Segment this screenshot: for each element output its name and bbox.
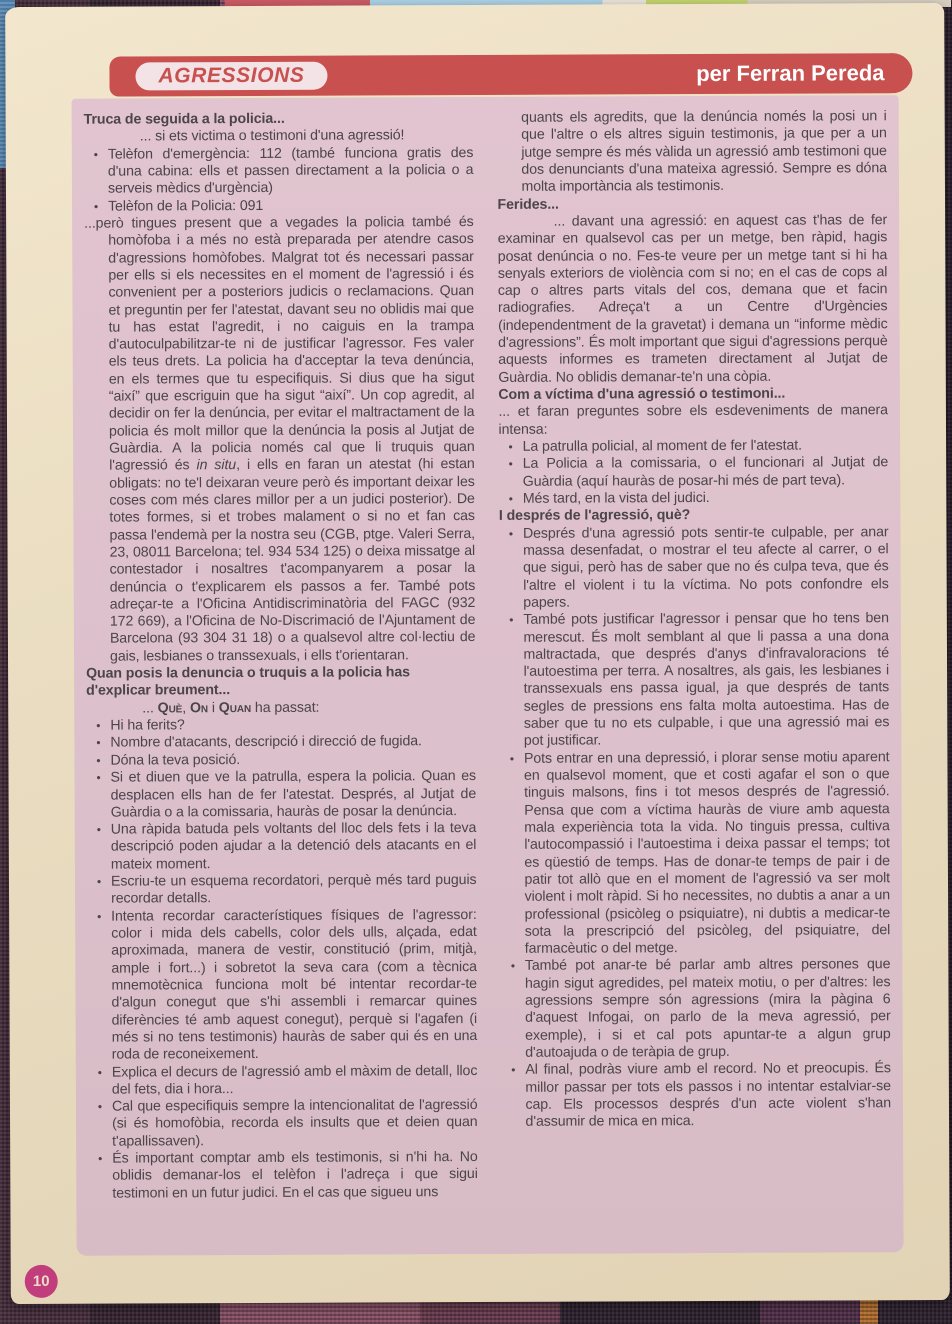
bullet-icon: • — [84, 146, 108, 198]
list-item-text: Hi ha ferits? — [110, 716, 476, 735]
article-panel: Truca de seguida a la policia... ... si … — [72, 95, 904, 1256]
bullet-icon: • — [87, 874, 111, 909]
what-where-when-line: ... Què, On i Quan ha passat: — [86, 699, 476, 718]
list-item-text: Després d'una agressió pots sentir-te cu… — [523, 524, 889, 612]
list-item-text: La Policia a la comissaria, o el funcion… — [523, 455, 889, 491]
list-item: • Dóna la teva posició. — [86, 751, 476, 770]
bullet-icon: • — [86, 735, 110, 752]
list-item: • Intenta recordar característiques físi… — [87, 907, 477, 1065]
heading-after-aggression: I després de l'agressió, què? — [499, 507, 889, 526]
list-item-text: Explica el decurs de l'agressió amb el m… — [112, 1063, 478, 1099]
smallcaps-where: On — [190, 700, 208, 716]
list-item-text: És important comptar amb els testimonis,… — [112, 1149, 478, 1203]
list-item-text: Al final, podràs viure amb el record. No… — [525, 1061, 891, 1132]
list-item-text: Una ràpida batuda pels voltants del lloc… — [111, 820, 477, 874]
list-item-text: Pots entrar en una depressió, i plorar s… — [524, 749, 890, 958]
bullet-icon: • — [87, 908, 112, 1064]
separator-text: , — [182, 700, 190, 716]
list-item: • Cal que especifiquis sempre la intenci… — [88, 1097, 478, 1151]
latin-phrase: in situ — [196, 457, 236, 473]
list-item-text: Telèfon d'emergència: 112 (també funcion… — [108, 145, 474, 199]
list-item-text: També pots justificar l'agressor i pensa… — [523, 610, 889, 750]
section-title: AGRESSIONS — [158, 64, 304, 89]
list-item: • Al final, podràs viure amb el record. … — [501, 1061, 891, 1132]
list-item: • Hi ha ferits? — [86, 716, 476, 735]
list-item: • La patrulla policial, al moment de fer… — [499, 437, 889, 456]
paragraph-questions-intro: ... et faran preguntes sobre els esdeven… — [498, 403, 888, 439]
list-item: • La Policia a la comissaria, o el funci… — [499, 455, 889, 491]
paragraph-medical-exam: ... davant una agressió: en aquest cas t… — [498, 212, 888, 387]
list-item-text: La patrulla policial, al moment de fer l… — [523, 437, 889, 456]
list-item-text: Telèfon de la Policia: 091 — [108, 197, 474, 216]
list-item: • És important comptar amb els testimoni… — [88, 1149, 478, 1203]
magazine-page: AGRESSIONS per Ferran Pereda Truca de se… — [5, 3, 950, 1304]
heading-call-police: Truca de seguida a la policia... — [84, 110, 474, 129]
list-item: • Telèfon d'emergència: 112 (també funci… — [84, 145, 474, 199]
list-item-text: Més tard, en la vista del judici. — [523, 489, 889, 508]
list-item-text: Cal que especifiquis sempre la intencion… — [112, 1097, 478, 1151]
left-column: Truca de seguida a la policia... ... si … — [84, 110, 478, 1246]
bullet-icon: • — [501, 958, 525, 1062]
bullet-icon: • — [499, 491, 523, 508]
list-item: • També pots justificar l'agressor i pen… — [499, 610, 889, 750]
paragraph-police-advice: ...però tingues present que a vegades la… — [84, 214, 475, 666]
lead-text: ... — [142, 700, 157, 716]
tail-text: ha passat: — [251, 699, 319, 715]
section-header-bar: AGRESSIONS per Ferran Pereda — [109, 53, 912, 97]
paragraph-text: , i ells en faran un atestat (hi estan o… — [109, 456, 475, 664]
list-item: • Escriu-te un esquema recordatori, perq… — [87, 872, 477, 908]
section-banner: AGRESSIONS — [135, 62, 327, 91]
bullet-icon: • — [88, 1099, 112, 1151]
page-number-badge: 10 — [25, 1265, 58, 1298]
bullet-icon: • — [86, 752, 110, 769]
list-item-text: Nombre d'atacants, descripció i direcció… — [110, 733, 476, 752]
bullet-icon: • — [500, 751, 525, 959]
list-item: • Després d'una agressió pots sentir-te … — [499, 524, 889, 612]
heading-report-explain: Quan posis la denuncia o truquis a la po… — [86, 664, 476, 700]
paragraph-victim-witness: ... si ets victima o testimoni d'una agr… — [84, 127, 474, 146]
list-item: • També pot anar-te bé parlar amb altres… — [501, 957, 891, 1063]
bullet-icon: • — [499, 612, 524, 751]
photo-background: AGRESSIONS per Ferran Pereda Truca de se… — [0, 0, 952, 1324]
list-item-text: Intenta recordar característiques físiqu… — [111, 907, 477, 1064]
heading-victim-or-witness: Com a víctima d'una agressió o testimoni… — [498, 385, 888, 404]
list-item-text: Si et diuen que ve la patrulla, espera l… — [111, 768, 477, 822]
list-item: • Si et diuen que ve la patrulla, espera… — [87, 768, 477, 822]
bullet-icon: • — [88, 1151, 112, 1203]
bullet-icon: • — [87, 770, 111, 822]
author-byline: per Ferran Pereda — [696, 60, 884, 87]
smallcaps-when: Quan — [219, 700, 251, 716]
bullet-icon: • — [88, 1064, 112, 1099]
right-column: quants els agredits, que la denúncia nom… — [497, 108, 891, 1244]
bullet-icon: • — [87, 822, 111, 874]
list-item: • Nombre d'atacants, descripció i direcc… — [86, 733, 476, 752]
bullet-icon: • — [499, 439, 523, 456]
bullet-icon: • — [84, 198, 108, 215]
list-item: • Explica el decurs de l'agressió amb el… — [88, 1063, 478, 1099]
list-item: • Més tard, en la vista del judici. — [499, 489, 889, 508]
list-item-text: Dóna la teva posició. — [110, 751, 476, 770]
list-item: • Pots entrar en una depressió, i plorar… — [500, 749, 890, 958]
list-item: • Una ràpida batuda pels voltants del ll… — [87, 820, 477, 874]
paragraph-text: ...però tingues present que a vegades la… — [84, 214, 475, 474]
list-item-text: També pot anar-te bé parlar amb altres p… — [525, 957, 891, 1062]
bullet-icon: • — [501, 1062, 525, 1131]
list-item: • Telèfon de la Policia: 091 — [84, 197, 474, 216]
bullet-icon: • — [499, 525, 523, 612]
page-number: 10 — [33, 1273, 50, 1290]
bullet-icon: • — [499, 456, 523, 491]
mid-text: i — [208, 700, 219, 716]
heading-wounds: Ferides... — [498, 195, 888, 214]
smallcaps-what: Què — [158, 700, 183, 716]
list-item-text: Escriu-te un esquema recordatori, perquè… — [111, 872, 477, 908]
bullet-icon: • — [86, 718, 110, 735]
paragraph-continuation: quants els agredits, que la denúncia nom… — [497, 108, 887, 196]
